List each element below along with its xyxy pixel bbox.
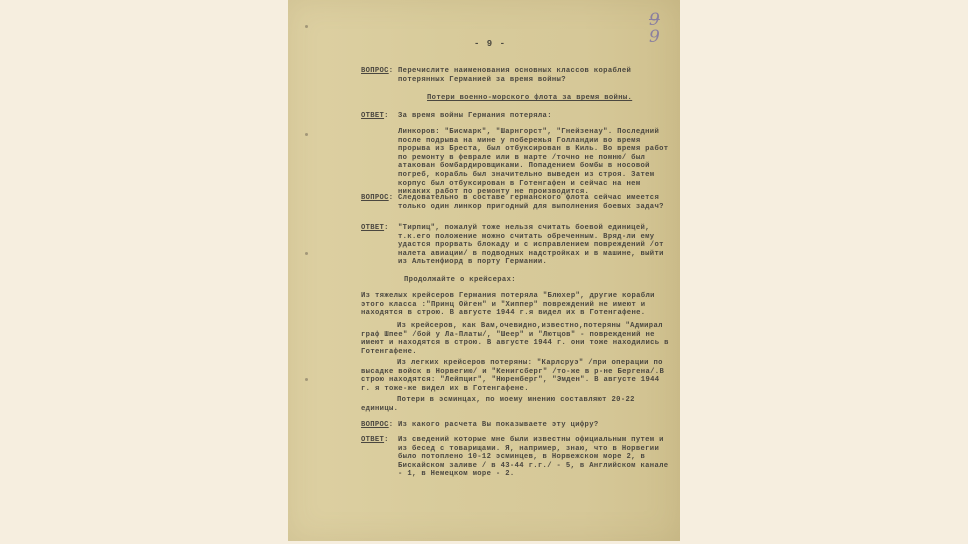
paragraph-destroyers: Потери в эсминцах, по моему мнению соста… [361, 396, 671, 413]
handwritten-page-number: 9 9 [649, 12, 660, 46]
punch-hole [305, 378, 308, 381]
question-label: ВОПРОС: [361, 421, 393, 429]
question-label: ВОПРОС: [361, 67, 393, 75]
punch-hole [305, 25, 308, 28]
paragraph-light-cruisers: Из легких крейсеров потеряны: "Карлсруэ"… [361, 359, 671, 393]
answer-text: Из сведений которые мне были известны оф… [398, 436, 670, 479]
punch-hole [305, 252, 308, 255]
answer-paragraph: Линкоров: "Бисмарк", "Шарнгорст", "Гнейз… [398, 128, 670, 197]
question-label: ВОПРОС: [361, 194, 393, 202]
section-heading: Потери военно-морского флота за время во… [427, 94, 667, 103]
question-text: Перечислите наименования основных классо… [398, 67, 670, 84]
answer-label: ОТВЕТ: [361, 224, 389, 232]
page-number: - 9 - [474, 39, 506, 49]
answer-label: ОТВЕТ: [361, 436, 389, 444]
paragraph-cruisers: Из крейсеров, как Вам,очевидно,известно,… [361, 322, 671, 356]
question-text: Из какого расчета Вы показываете эту циф… [398, 421, 670, 430]
answer-text: "Тирпиц", пожалуй тоже нельзя считать бо… [398, 224, 670, 267]
answer-label: ОТВЕТ: [361, 112, 389, 120]
question-text: Следовательно в составе германского флот… [398, 194, 670, 211]
answer-text: За время войны Германия потеряла: [398, 112, 670, 121]
punch-hole [305, 133, 308, 136]
paragraph-heavy-cruisers: Из тяжелых крейсеров Германия потеряла "… [361, 292, 671, 318]
prompt-text: Продолжайте о крейсерах: [404, 276, 604, 285]
